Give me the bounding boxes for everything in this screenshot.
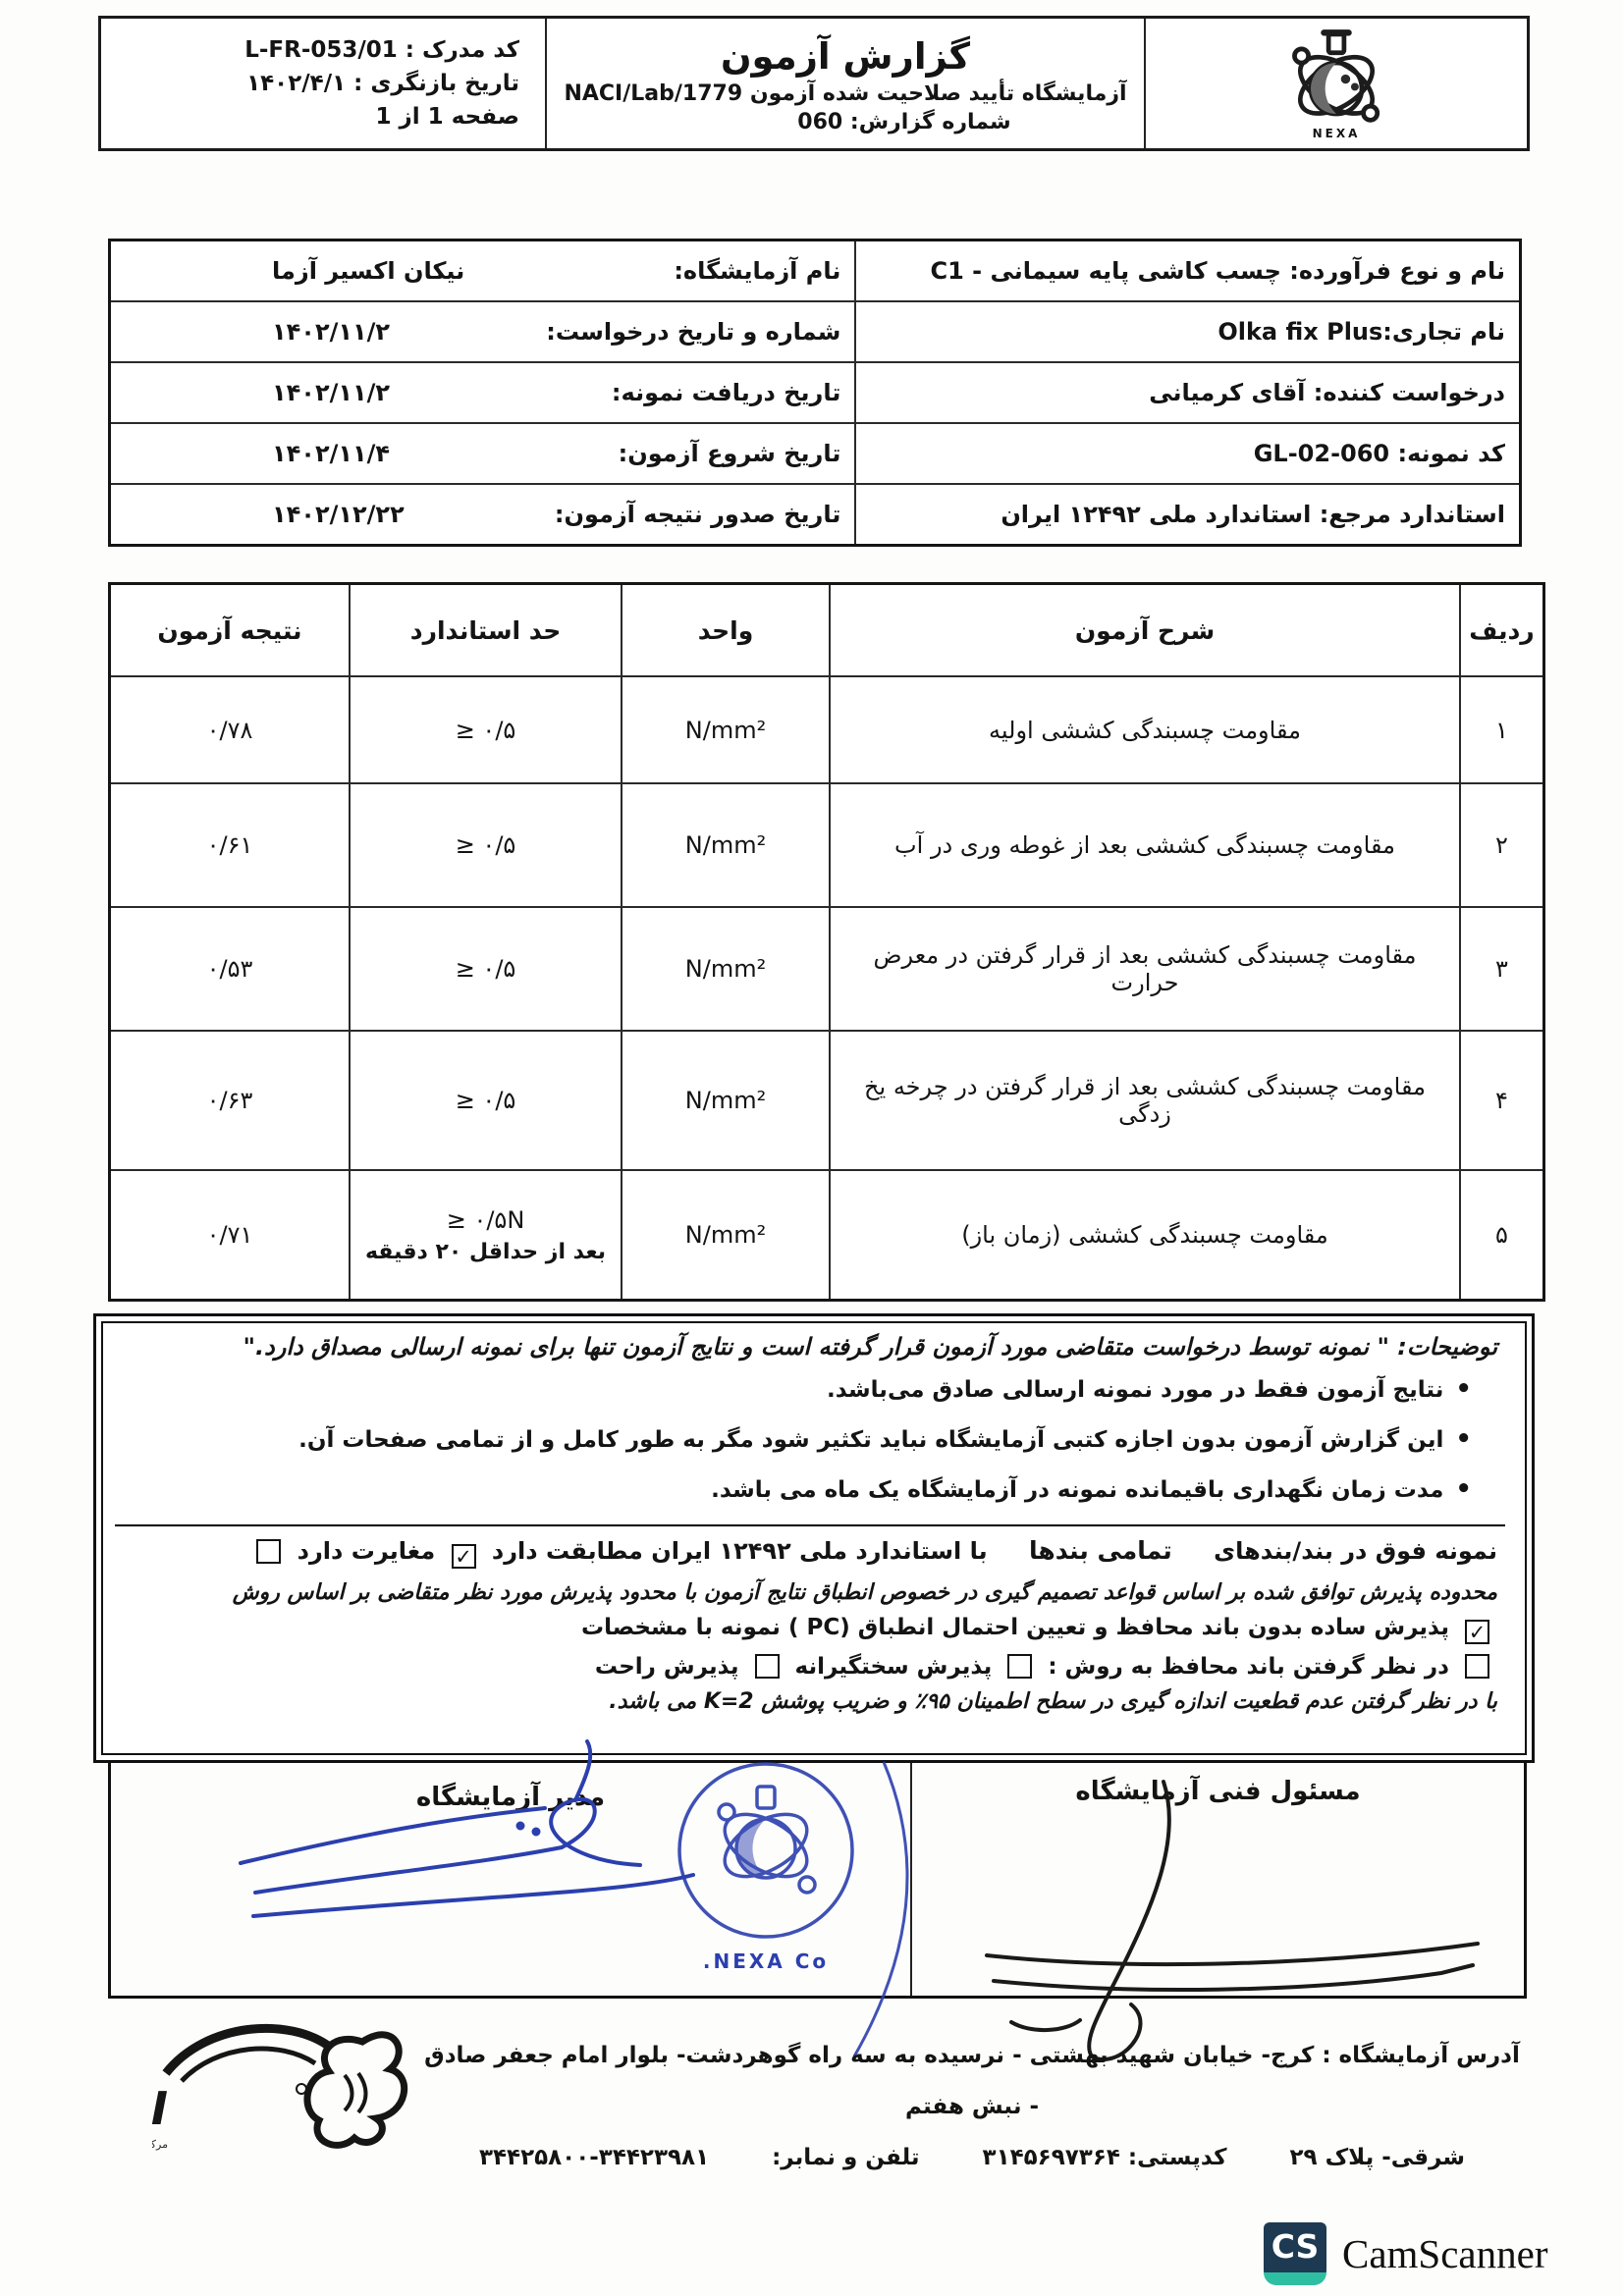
notes-intro: توضیحات: " نمونه توسط درخواست متقاضی مور… — [123, 1333, 1497, 1361]
camscanner-icon-strip — [1264, 2272, 1326, 2285]
result-row: ۴ مقاومت چسبندگی کششی بعد از قرار گرفتن … — [110, 1031, 1544, 1170]
checkbox-conform-checked: ✓ — [452, 1544, 476, 1569]
lab-name-cell: نام آزمایشگاه: نیکان اکسیر آزما — [110, 240, 856, 302]
checkbox-mismatch-unchecked — [256, 1539, 281, 1564]
scanned-test-report-page: NEXA گزارش آزمون آزمایشگاه تأیید صلاحیت … — [0, 0, 1623, 2296]
value: نیکان اکسیر آزما — [272, 257, 464, 285]
nexa-flask-logo — [1285, 27, 1387, 129]
doc-code: کد مدرک : L-FR-053/01 — [127, 37, 519, 63]
option-simple-label: پذیرش ساده بدون باند محافظ و تعیین احتما… — [581, 1615, 1449, 1640]
accreditation-text: آزمایشگاه تأیید صلاحیت شده آزمون — [750, 81, 1127, 106]
signature-box: مسئول فنی آزمایشگاه مدیر آزمایشگاه — [108, 1760, 1527, 1999]
row-no: ۳ — [1460, 907, 1544, 1031]
naci-text: NACI — [152, 2082, 170, 2135]
label: نام تجاری: — [1382, 318, 1505, 346]
notes-content: توضیحات: " نمونه توسط درخواست متقاضی مور… — [101, 1321, 1527, 1755]
product-name-cell: نام و نوع فرآورده: چسب کاشی پایه سیمانی … — [855, 240, 1520, 302]
row-no: ۵ — [1460, 1170, 1544, 1301]
phone-label: تلفن و نمابر: — [772, 2132, 919, 2183]
label: تاریخ شروع آزمون: — [619, 440, 841, 467]
value: ۱۴۰۲/۱۲/۲۲ — [272, 501, 405, 528]
info-row: نام و نوع فرآورده: چسب کاشی پایه سیمانی … — [110, 240, 1521, 302]
col-header-limit: حد استاندارد — [350, 584, 622, 677]
plate-number: شرقی- پلاک ۲۹ — [1290, 2132, 1466, 2183]
test-result: ۰/۷۸ — [110, 676, 351, 783]
result-row: ۵ مقاومت چسبندگی کششی (زمان باز) N/mm² ≥… — [110, 1170, 1544, 1301]
nexa-logo-caption: NEXA — [1313, 127, 1361, 140]
label: نام آزمایشگاه: — [674, 257, 840, 285]
requester-cell: درخواست کننده: آقای کرمیانی — [855, 362, 1520, 423]
label: استاندارد مرجع: — [1320, 501, 1505, 528]
test-result: ۰/۶۱ — [110, 783, 351, 907]
lab-address-block: آدرس آزمایشگاه : کرج- خیابان شهید بهشتی … — [422, 2030, 1522, 2183]
notes-box: توضیحات: " نمونه توسط درخواست متقاضی مور… — [93, 1313, 1535, 1763]
report-header: NEXA گزارش آزمون آزمایشگاه تأیید صلاحیت … — [98, 16, 1530, 151]
lab-manager-cell: مدیر آزمایشگاه — [111, 1763, 910, 1996]
phone-numbers: ۳۴۴۲۵۸۰۰-۳۴۴۲۳۹۸۱ — [479, 2132, 709, 2183]
value: Olka fix Plus — [1217, 318, 1382, 346]
accreditation-mark-icon — [307, 2035, 405, 2146]
results-header-row: ردیف شرح آزمون واحد حد استاندارد نتیجه آ… — [110, 584, 1544, 677]
col-header-unit: واحد — [622, 584, 830, 677]
col-header-description: شرح آزمون — [830, 584, 1460, 677]
info-row: نام تجاری:Olka fix Plus شماره و تاریخ در… — [110, 301, 1521, 362]
notes-divider — [115, 1524, 1505, 1526]
note-bullet: مدت زمان نگهداری باقیمانده نمونه در آزما… — [123, 1474, 1472, 1505]
postal-code: کدپستی: ۳۱۴۵۶۹۷۳۶۴ — [983, 2132, 1227, 2183]
row-no: ۱ — [1460, 676, 1544, 783]
info-row: درخواست کننده: آقای کرمیانی تاریخ دریافت… — [110, 362, 1521, 423]
checkbox-lenient-unchecked — [755, 1654, 780, 1679]
unit: N/mm² — [622, 783, 830, 907]
uncertainty-note: با در نظر گرفتن عدم قطعیت اندازه گیری در… — [123, 1689, 1497, 1714]
unit: N/mm² — [622, 1031, 830, 1170]
result-row: ۲ مقاومت چسبندگی کششی بعد از غوطه وری در… — [110, 783, 1544, 907]
camscanner-watermark: CS CamScanner — [1264, 2222, 1547, 2285]
header-title-cell: گزارش آزمون آزمایشگاه تأیید صلاحیت شده آ… — [545, 19, 1144, 148]
report-title: گزارش آزمون — [721, 35, 970, 78]
label: تاریخ صدور نتیجه آزمون: — [555, 501, 841, 528]
value: استاندارد ملی ۱۲۴۹۲ ایران — [1001, 501, 1311, 528]
info-row: استاندارد مرجع: استاندارد ملی ۱۲۴۹۲ ایرا… — [110, 484, 1521, 546]
lab-manager-label: مدیر آزمایشگاه — [416, 1783, 605, 1812]
unit: N/mm² — [622, 907, 830, 1031]
sample-received-cell: تاریخ دریافت نمونه: ۱۴۰۲/۱۱/۲ — [110, 362, 856, 423]
request-date-cell: شماره و تاریخ درخواست: ۱۴۰۲/۱۱/۲ — [110, 301, 856, 362]
standard-limit: ≥ ۰/۵ — [350, 907, 622, 1031]
checkbox-simple-checked: ✓ — [1465, 1620, 1489, 1644]
option-guardband-label: در نظر گرفتن باند محافظ به روش : — [1048, 1654, 1449, 1680]
test-description: مقاومت چسبندگی کششی بعد از قرار گرفتن در… — [830, 1031, 1460, 1170]
camscanner-label: CamScanner — [1342, 2230, 1547, 2277]
camscanner-icon: CS — [1264, 2222, 1326, 2285]
info-row: کد نمونه: GL-02-060 تاریخ شروع آزمون: ۱۴… — [110, 423, 1521, 484]
test-description: مقاومت چسبندگی کششی بعد از قرار گرفتن در… — [830, 907, 1460, 1031]
label: تاریخ دریافت نمونه: — [612, 379, 840, 406]
standard-limit: ≥ ۰/۵ — [350, 1031, 622, 1170]
test-description: مقاومت چسبندگی کششی (زمان باز) — [830, 1170, 1460, 1301]
trade-name-cell: نام تجاری:Olka fix Plus — [855, 301, 1520, 362]
reference-standard-cell: استاندارد مرجع: استاندارد ملی ۱۲۴۹۲ ایرا… — [855, 484, 1520, 546]
unit: N/mm² — [622, 1170, 830, 1301]
technical-manager-label: مسئول فنی آزمایشگاه — [1075, 1777, 1360, 1806]
result-row: ۱ مقاومت چسبندگی کششی اولیه N/mm² ≥ ۰/۵ … — [110, 676, 1544, 783]
test-start-cell: تاریخ شروع آزمون: ۱۴۰۲/۱۱/۴ — [110, 423, 856, 484]
col-header-result: نتیجه آزمون — [110, 584, 351, 677]
test-results-table: ردیف شرح آزمون واحد حد استاندارد نتیجه آ… — [108, 582, 1545, 1302]
value: آقای کرمیانی — [1149, 379, 1305, 406]
acceptance-option-simple: ✓ پذیرش ساده بدون باند محافظ و تعیین احت… — [123, 1615, 1497, 1644]
conformity-clause: تمامی بندها — [1029, 1536, 1172, 1565]
lab-address: آدرس آزمایشگاه : کرج- خیابان شهید بهشتی … — [422, 2030, 1522, 2132]
checkbox-strict-unchecked — [1007, 1654, 1032, 1679]
value: چسب کاشی پایه سیمانی - C1 — [930, 257, 1280, 285]
option-lenient-label: پذیرش راحت — [595, 1654, 739, 1680]
header-logo-cell: NEXA — [1144, 19, 1527, 148]
header-doc-code-cell: کد مدرک : L-FR-053/01 تاریخ بازنگری : ۱۴… — [101, 19, 545, 148]
row-no: ۴ — [1460, 1031, 1544, 1170]
conformity-prefix: نمونه فوق در بند/بندهای — [1214, 1537, 1497, 1565]
accreditation-code: NACI/Lab/1779 — [564, 81, 742, 106]
standard-limit-note: بعد از حداقل ۲۰ دقیقه — [352, 1240, 620, 1264]
unit: N/mm² — [622, 676, 830, 783]
result-issue-cell: تاریخ صدور نتیجه آزمون: ۱۴۰۲/۱۲/۲۲ — [110, 484, 856, 546]
sample-info-table: نام و نوع فرآورده: چسب کاشی پایه سیمانی … — [108, 239, 1522, 547]
test-result: ۰/۷۱ — [110, 1170, 351, 1301]
technical-manager-cell: مسئول فنی آزمایشگاه — [910, 1763, 1524, 1996]
accreditation-line: آزمایشگاه تأیید صلاحیت شده آزمون NACI/La… — [564, 81, 1126, 106]
sample-code-cell: کد نمونه: GL-02-060 — [855, 423, 1520, 484]
result-row: ۳ مقاومت چسبندگی کششی بعد از قرار گرفتن … — [110, 907, 1544, 1031]
label: کد نمونه: — [1398, 440, 1506, 467]
checkbox-guardband-unchecked — [1465, 1654, 1489, 1679]
col-header-row-no: ردیف — [1460, 584, 1544, 677]
label: درخواست کننده: — [1314, 379, 1505, 406]
test-result: ۰/۵۳ — [110, 907, 351, 1031]
page-number: صفحه 1 از 1 — [127, 104, 519, 130]
value: ۱۴۰۲/۱۱/۲ — [272, 379, 390, 406]
acceptance-option-guardband: در نظر گرفتن باند محافظ به روش : پذیرش س… — [123, 1654, 1497, 1680]
report-number: شماره گزارش: 060 — [797, 110, 1010, 134]
accreditation-logos: NACI مرکز ملی تایید صلاحیت ایران — [152, 2014, 417, 2176]
label: شماره و تاریخ درخواست: — [546, 318, 840, 346]
option-strict-label: پذیرش سختگیرانه — [795, 1654, 993, 1680]
mismatch-label: مغایرت دارد — [298, 1537, 436, 1565]
row-no: ۲ — [1460, 783, 1544, 907]
test-description: مقاومت چسبندگی کششی اولیه — [830, 676, 1460, 783]
naci-logo: NACI مرکز ملی تایید صلاحیت ایران — [152, 2014, 417, 2176]
test-description: مقاومت چسبندگی کششی بعد از غوطه وری در آ… — [830, 783, 1460, 907]
label: نام و نوع فرآورده: — [1289, 257, 1505, 285]
lab-contact-line: شرقی- پلاک ۲۹ کدپستی: ۳۱۴۵۶۹۷۳۶۴ تلفن و … — [422, 2132, 1522, 2183]
decision-rule-note: محدوده پذیرش توافق شده بر اساس قواعد تصم… — [123, 1580, 1497, 1605]
conformity-line: نمونه فوق در بند/بندهای تمامی بندها با ا… — [123, 1536, 1497, 1569]
value: GL-02-060 — [1254, 440, 1389, 467]
note-bullet: این گزارش آزمون بدون اجازه کتبی آزمایشگا… — [123, 1424, 1472, 1455]
standard-limit: ≥ ۰/۵N بعد از حداقل ۲۰ دقیقه — [350, 1170, 622, 1301]
standard-limit: ≥ ۰/۵ — [350, 783, 622, 907]
value: ۱۴۰۲/۱۱/۴ — [272, 440, 390, 467]
test-result: ۰/۶۳ — [110, 1031, 351, 1170]
standard-limit: ≥ ۰/۵ — [350, 676, 622, 783]
note-bullet: نتایج آزمون فقط در مورد نمونه ارسالی صاد… — [123, 1374, 1472, 1405]
naci-caption: مرکز ملی تایید صلاحیت ایران — [152, 2138, 168, 2151]
conformity-statement: با استاندارد ملی ۱۲۴۹۲ ایران مطابقت دارد — [492, 1537, 988, 1565]
value: ۱۴۰۲/۱۱/۲ — [272, 318, 390, 346]
revision-date: تاریخ بازنگری : ۱۴۰۲/۴/۱ — [127, 71, 519, 96]
